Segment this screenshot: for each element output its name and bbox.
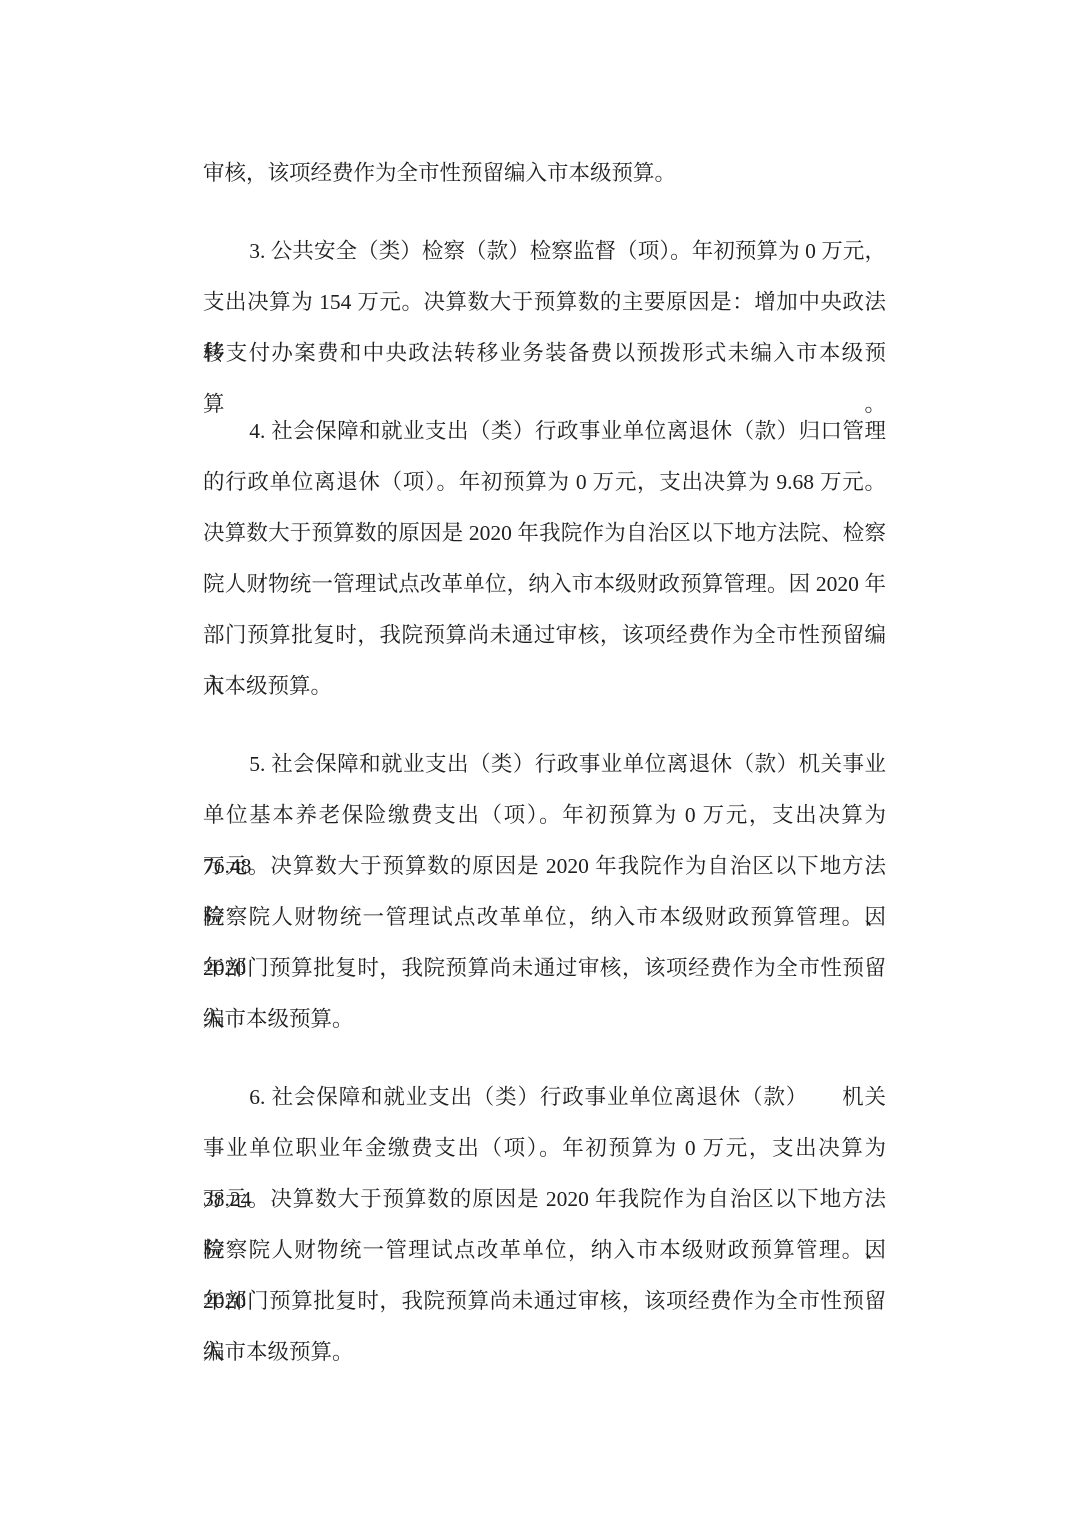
text-line: 6. 社会保障和就业支出（类）行政事业单位离退休（款） 机关 (203, 1072, 886, 1123)
text-line: 市本级预算。 (203, 661, 886, 712)
paragraph: 6. 社会保障和就业支出（类）行政事业单位离退休（款） 机关事业单位职业年金缴费… (203, 1072, 886, 1378)
paragraph: 3. 公共安全（类）检察（款）检察监督（项）。年初预算为 0 万元，支出决算为 … (203, 226, 886, 379)
text-line: 5. 社会保障和就业支出（类）行政事业单位离退休（款）机关事业 (203, 739, 886, 790)
text-line: 单位基本养老保险缴费支出（项）。年初预算为 0 万元，支出决算为 76.48 (203, 790, 886, 841)
paragraph: 5. 社会保障和就业支出（类）行政事业单位离退休（款）机关事业单位基本养老保险缴… (203, 739, 886, 1045)
text-line: 的行政单位离退休（项）。年初预算为 0 万元，支出决算为 9.68 万元。 (203, 457, 886, 508)
text-line: 检察院人财物统一管理试点改革单位，纳入市本级财政预算管理。因 2020 (203, 1225, 886, 1276)
text-line: 移支付办案费和中央政法转移业务装备费以预拨形式未编入市本级预算。 (203, 328, 886, 379)
text-line: 入市本级预算。 (203, 1327, 886, 1378)
text-line: 支出决算为 154 万元。决算数大于预算数的主要原因是：增加中央政法转 (203, 277, 886, 328)
document-body: 审核，该项经费作为全市性预留编入市本级预算。3. 公共安全（类）检察（款）检察监… (203, 148, 886, 1378)
text-line: 年部门预算批复时，我院预算尚未通过审核，该项经费作为全市性预留编 (203, 1276, 886, 1327)
text-line: 3. 公共安全（类）检察（款）检察监督（项）。年初预算为 0 万元， (203, 226, 886, 277)
text-line: 事业单位职业年金缴费支出（项）。年初预算为 0 万元，支出决算为 38.24 (203, 1123, 886, 1174)
text-line: 部门预算批复时，我院预算尚未通过审核，该项经费作为全市性预留编入 (203, 610, 886, 661)
text-line: 入市本级预算。 (203, 994, 886, 1045)
document-page: 审核，该项经费作为全市性预留编入市本级预算。3. 公共安全（类）检察（款）检察监… (0, 0, 1074, 1520)
text-line: 审核，该项经费作为全市性预留编入市本级预算。 (203, 148, 886, 199)
text-line: 4. 社会保障和就业支出（类）行政事业单位离退休（款）归口管理 (203, 406, 886, 457)
text-line: 年部门预算批复时，我院预算尚未通过审核，该项经费作为全市性预留编 (203, 943, 886, 994)
text-line: 检察院人财物统一管理试点改革单位，纳入市本级财政预算管理。因 2020 (203, 892, 886, 943)
paragraph: 4. 社会保障和就业支出（类）行政事业单位离退休（款）归口管理的行政单位离退休（… (203, 406, 886, 712)
text-line: 决算数大于预算数的原因是 2020 年我院作为自治区以下地方法院、检察 (203, 508, 886, 559)
text-line: 院人财物统一管理试点改革单位，纳入市本级财政预算管理。因 2020 年 (203, 559, 886, 610)
paragraph: 审核，该项经费作为全市性预留编入市本级预算。 (203, 148, 886, 199)
text-line: 万元。决算数大于预算数的原因是 2020 年我院作为自治区以下地方法院、 (203, 1174, 886, 1225)
text-line: 万元。决算数大于预算数的原因是 2020 年我院作为自治区以下地方法院、 (203, 841, 886, 892)
